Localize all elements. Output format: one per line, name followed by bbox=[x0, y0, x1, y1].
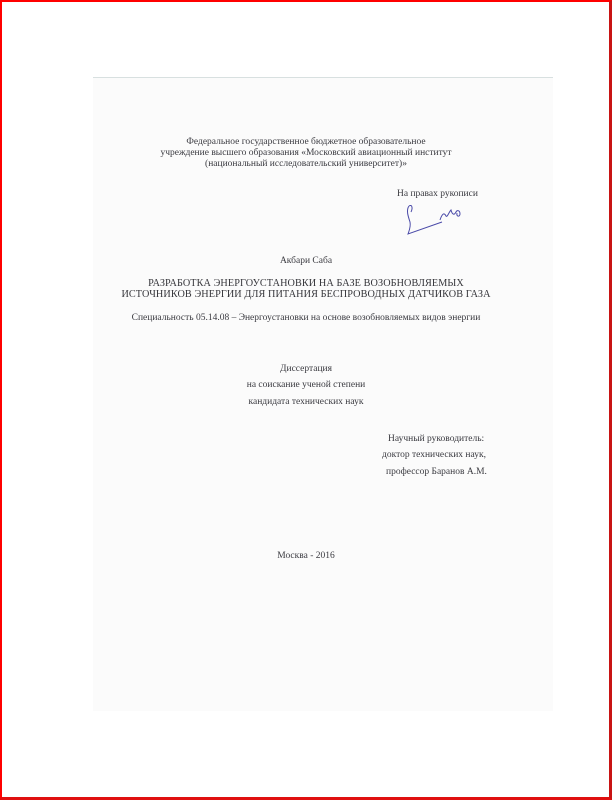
institution-line-1: Федеральное государственное бюджетное об… bbox=[0, 137, 612, 147]
institution-line-2: учреждение высшего образования «Московск… bbox=[0, 148, 612, 158]
degree-line-1: Диссертация bbox=[0, 364, 612, 374]
signature-icon bbox=[400, 200, 480, 240]
manuscript-rights-label: На правах рукописи bbox=[397, 189, 478, 199]
supervisor-line-3: профессор Баранов А.М. bbox=[386, 467, 487, 477]
specialty-line: Специальность 05.14.08 – Энергоустановки… bbox=[0, 313, 612, 323]
scanned-page bbox=[93, 77, 553, 711]
degree-line-2: на соискание ученой степени bbox=[0, 380, 612, 390]
degree-line-3: кандидата технических наук bbox=[0, 397, 612, 407]
dissertation-title-line-2: ИСТОЧНИКОВ ЭНЕРГИИ ДЛЯ ПИТАНИЯ БЕСПРОВОД… bbox=[0, 289, 612, 300]
institution-line-3: (национальный исследовательский универси… bbox=[0, 159, 612, 169]
supervisor-line-2: доктор технических наук, bbox=[382, 450, 486, 460]
author-name: Акбари Саба bbox=[0, 256, 612, 266]
dissertation-title-line-1: РАЗРАБОТКА ЭНЕРГОУСТАНОВКИ НА БАЗЕ ВОЗОБ… bbox=[0, 278, 612, 289]
supervisor-line-1: Научный руководитель: bbox=[388, 434, 484, 444]
city-year: Москва - 2016 bbox=[0, 551, 612, 561]
